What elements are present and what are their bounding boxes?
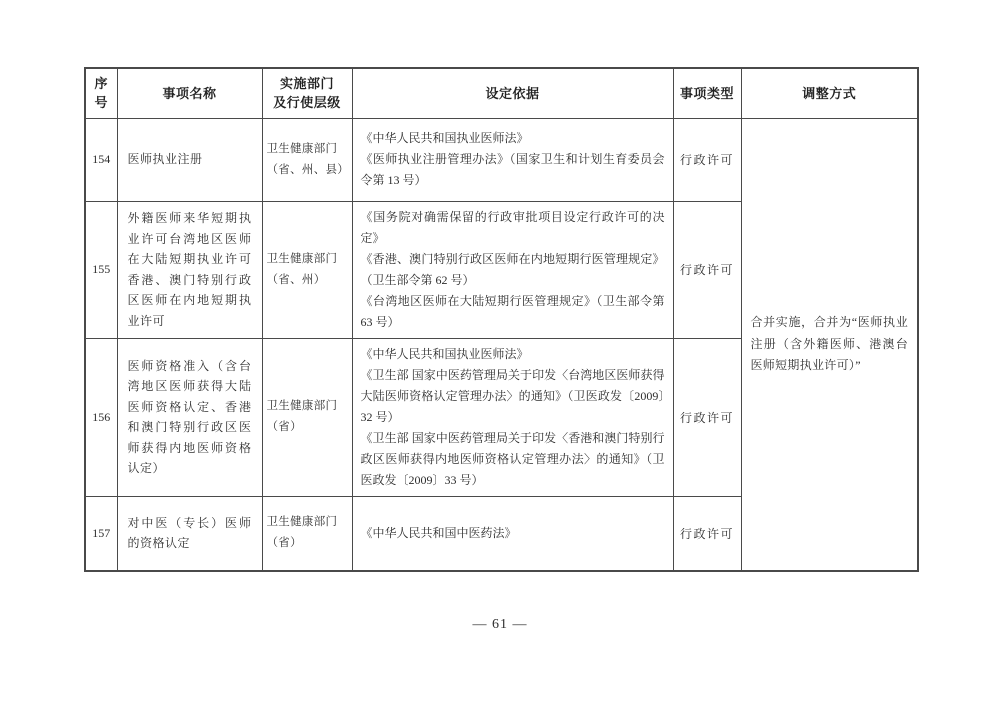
item-name-cell: 对中医（专长）医师的资格认定 bbox=[117, 496, 262, 571]
item-type-cell: 行政许可 bbox=[673, 338, 741, 496]
row-number-cell: 155 bbox=[85, 201, 117, 338]
basis-cell: 《中华人民共和国执业医师法》 《卫生部 国家中医药管理局关于印发〈台湾地区医师获… bbox=[352, 338, 673, 496]
column-header-item-name: 事项名称 bbox=[117, 68, 262, 118]
department-cell: 卫生健康部门 （省） bbox=[262, 496, 352, 571]
column-header-basis: 设定依据 bbox=[352, 68, 673, 118]
basis-cell: 《中华人民共和国中医药法》 bbox=[352, 496, 673, 571]
adjustment-text: 合并实施，合并为“医师执业注册（含外籍医师、港澳台医师短期执业许可）” bbox=[751, 312, 909, 377]
row-number-cell: 157 bbox=[85, 496, 117, 571]
adjustment-merged-cell: 合并实施，合并为“医师执业注册（含外籍医师、港澳台医师短期执业许可）” bbox=[741, 118, 918, 571]
row-number-cell: 154 bbox=[85, 118, 117, 201]
item-type-cell: 行政许可 bbox=[673, 118, 741, 201]
page-number: — 61 — bbox=[0, 617, 1000, 633]
basis-cell: 《国务院对确需保留的行政审批项目设定行政许可的决定》 《香港、澳门特别行政区医师… bbox=[352, 201, 673, 338]
department-cell: 卫生健康部门 （省、州、县） bbox=[262, 118, 352, 201]
basis-cell: 《中华人民共和国执业医师法》 《医师执业注册管理办法》（国家卫生和计划生育委员会… bbox=[352, 118, 673, 201]
column-header-department: 实施部门 及行使层级 bbox=[262, 68, 352, 118]
department-cell: 卫生健康部门 （省、州） bbox=[262, 201, 352, 338]
item-type-cell: 行政许可 bbox=[673, 496, 741, 571]
row-number-cell: 156 bbox=[85, 338, 117, 496]
column-header-no: 序 号 bbox=[85, 68, 117, 118]
item-type-cell: 行政许可 bbox=[673, 201, 741, 338]
item-name-cell: 医师资格准入（含台湾地区医师获得大陆医师资格认定、香港和澳门特别行政区医师获得内… bbox=[117, 338, 262, 496]
approval-items-table: 序 号 事项名称 实施部门 及行使层级 设定依据 事项类型 调整方式 154 医… bbox=[84, 67, 919, 572]
table-row: 154 医师执业注册 卫生健康部门 （省、州、县） 《中华人民共和国执业医师法》… bbox=[85, 118, 918, 201]
table-header-row: 序 号 事项名称 实施部门 及行使层级 设定依据 事项类型 调整方式 bbox=[85, 68, 918, 118]
document-page: 序 号 事项名称 实施部门 及行使层级 设定依据 事项类型 调整方式 154 医… bbox=[0, 0, 1000, 707]
department-cell: 卫生健康部门 （省） bbox=[262, 338, 352, 496]
column-header-item-type: 事项类型 bbox=[673, 68, 741, 118]
item-name-cell: 医师执业注册 bbox=[117, 118, 262, 201]
item-name-cell: 外籍医师来华短期执业许可台湾地区医师在大陆短期执业许可香港、澳门特别行政区医师在… bbox=[117, 201, 262, 338]
column-header-adjustment: 调整方式 bbox=[741, 68, 918, 118]
